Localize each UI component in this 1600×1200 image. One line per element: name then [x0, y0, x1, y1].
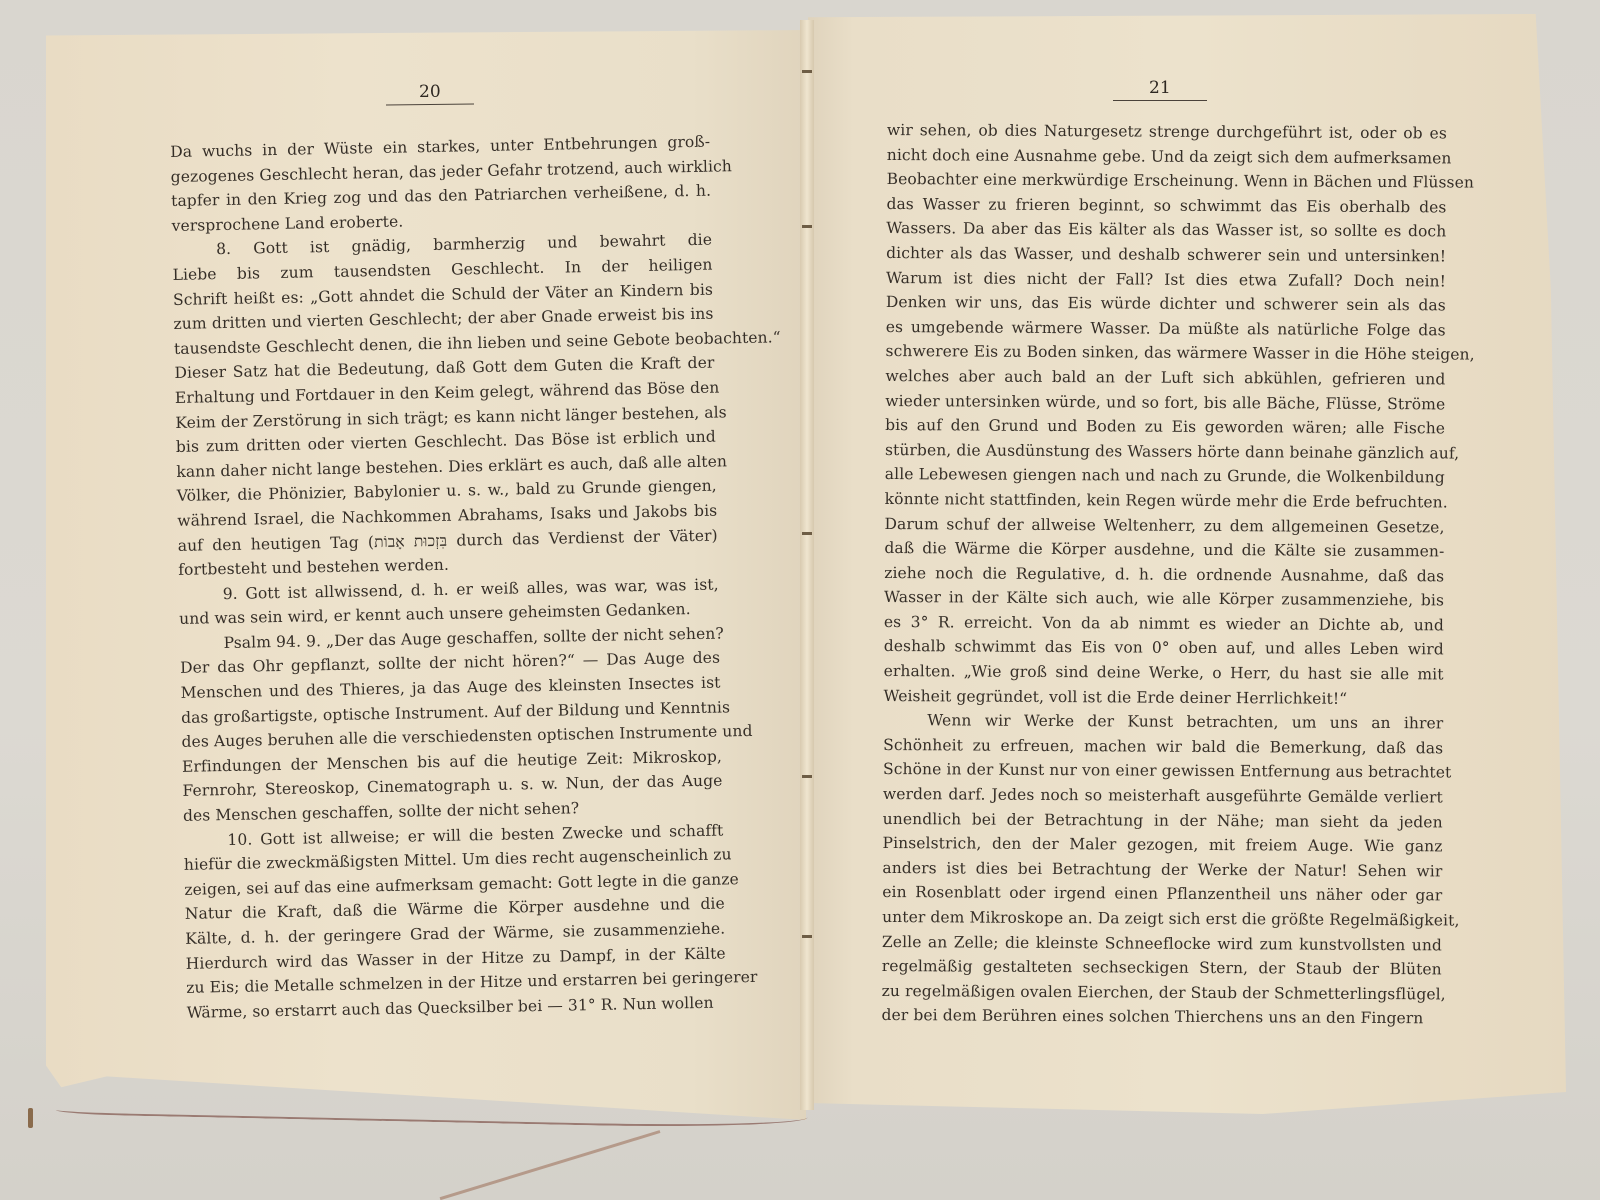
text-line: Schönheit zu erfreuen, machen wir bald d… — [883, 733, 1443, 761]
text-line: das Wasser zu frieren beginnt, so schwim… — [886, 192, 1446, 220]
text-line: der bei dem Berühren eines solchen Thier… — [881, 1003, 1441, 1031]
text-line: zu regelmäßigen ovalen Eierchen, der Sta… — [882, 979, 1442, 1007]
binding-staple — [802, 225, 812, 228]
text-line: Wassers. Da aber das Eis kälter als das … — [886, 216, 1446, 244]
binding-staple — [802, 775, 812, 778]
text-line: Darum schuf der allweise Weltenherr, zu … — [884, 511, 1444, 539]
text-line: alle Lebewesen giengen nach und nach zu … — [885, 462, 1445, 490]
page-number-rule — [1113, 100, 1207, 101]
text-line: ein Rosenblatt oder irgend einen Pflanze… — [882, 880, 1442, 908]
text-line: bis auf den Grund und Boden zu Eis gewor… — [885, 413, 1445, 441]
text-line: unter dem Mikroskope an. Da zeigt sich e… — [882, 905, 1442, 933]
text-line: nicht doch eine Ausnahme gebe. Und da ze… — [887, 143, 1447, 171]
text-line: regelmäßig gestalteten sechseckigen Ster… — [882, 954, 1442, 982]
text-line: stürben, die Ausdünstung des Wassers hör… — [885, 438, 1445, 466]
text-line: wir sehen, ob dies Naturgesetz strenge d… — [887, 118, 1447, 146]
text-line: anders ist dies bei Betrachtung der Werk… — [882, 856, 1442, 884]
text-line: ziehe noch die Regulative, d. h. die ord… — [884, 561, 1444, 589]
text-line: es umgebende wärmere Wasser. Da müßte al… — [886, 315, 1446, 343]
text-line: dichter als das Wasser, und deshalb schw… — [886, 241, 1446, 269]
text-line: Warum ist dies nicht der Fall? Ist dies … — [886, 266, 1446, 294]
text-line: unendlich bei der Betrachtung in der Näh… — [883, 807, 1443, 835]
text-line: erhalten. „Wie groß sind deine Werke, o … — [884, 659, 1444, 687]
book-spine — [800, 20, 814, 1110]
binding-stitch — [802, 935, 812, 938]
text-line: Weisheit gegründet, voll ist die Erde de… — [883, 684, 1443, 712]
text-line: schwerere Eis zu Boden sinken, das wärme… — [885, 339, 1445, 367]
left-page-text: Da wuchs in der Wüste ein starkes, unter… — [170, 130, 727, 1026]
text-line: daß die Wärme die Körper ausdehne, und d… — [884, 536, 1444, 564]
text-line: Wenn wir Werke der Kunst betrachten, um … — [883, 708, 1443, 736]
text-line: Wasser in der Kälte sich auch, wie alle … — [884, 585, 1444, 613]
text-line: Beobachter eine merkwürdige Erscheinung.… — [887, 167, 1447, 195]
page-number-left: 20 — [419, 82, 441, 102]
page-number-right: 21 — [1149, 78, 1171, 98]
text-line: Zelle an Zelle; die kleinste Schneeflock… — [882, 930, 1442, 958]
binding-stitch — [802, 70, 812, 73]
open-book-photo: 20 21 Da wuchs in der Wüste ein starkes,… — [0, 0, 1600, 1200]
bookmark-thread — [440, 1130, 661, 1200]
text-line: könnte nicht stattfinden, kein Regen wür… — [885, 487, 1445, 515]
text-line: es 3° R. erreicht. Von da ab nimmt es wi… — [884, 610, 1444, 638]
table-mark — [28, 1108, 33, 1128]
text-line: wieder untersinken würde, und so fort, b… — [885, 389, 1445, 417]
text-line: Denken wir uns, das Eis würde dichter un… — [886, 290, 1446, 318]
binding-stitch — [802, 532, 812, 535]
text-line: werden darf. Jedes noch so meisterhaft a… — [883, 782, 1443, 810]
right-page-text: wir sehen, ob dies Naturgesetz strenge d… — [881, 118, 1447, 1031]
text-line: Schöne in der Kunst nur von einer gewiss… — [883, 757, 1443, 785]
text-line: welches aber auch bald an der Luft sich … — [885, 364, 1445, 392]
text-line: Pinselstrich, den der Maler gezogen, mit… — [882, 831, 1442, 859]
text-line: deshalb schwimmt das Eis von 0° oben auf… — [884, 634, 1444, 662]
